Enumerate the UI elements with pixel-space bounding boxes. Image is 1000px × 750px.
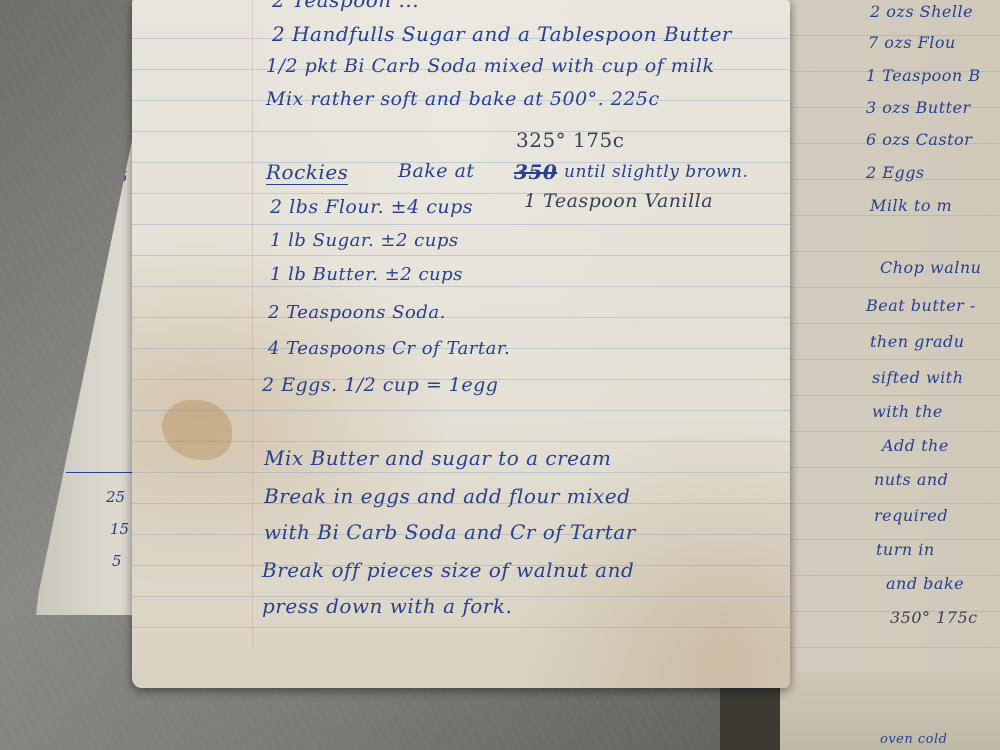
left-fragment: 15: [110, 520, 129, 538]
method-line: Mix Butter and sugar to a cream: [264, 446, 611, 470]
right-line: required: [874, 506, 948, 525]
margin-line: [252, 0, 253, 648]
right-line: nuts and: [874, 470, 948, 489]
temperature-correction: 325° 175c: [516, 128, 624, 152]
ingredient-line: 1 lb Sugar. ±2 cups: [270, 230, 459, 251]
vanilla-note: 1 Teaspoon Vanilla: [524, 190, 713, 212]
stack-fragment: oven cold: [880, 732, 947, 747]
bake-suffix: until slightly brown.: [564, 162, 748, 182]
right-line: then gradu: [870, 332, 965, 351]
right-line: Milk to m: [870, 196, 952, 215]
ingredient-line: 2 lbs Flour. ±4 cups: [270, 196, 473, 218]
right-line: and bake: [886, 574, 964, 593]
right-line: 6 ozs Castor: [866, 130, 972, 149]
right-line: 1 Teaspoon B: [866, 66, 981, 85]
right-line: Beat butter -: [866, 296, 976, 315]
ingredient-line: 2 Teaspoons Soda.: [268, 302, 446, 323]
recipe-page: 2 Teaspoon ... 2 Handfulls Sugar and a T…: [132, 0, 790, 688]
recipe-line: Mix rather soft and bake at 500°. 225c: [266, 88, 660, 110]
left-fragment: 5: [112, 552, 122, 570]
right-line: sifted with: [872, 368, 964, 387]
right-line: 2 Eggs: [866, 163, 925, 182]
recipe-title: Rockies: [266, 160, 348, 185]
right-line: 350° 175c: [890, 608, 978, 627]
recipe-line: 1/2 pkt Bi Carb Soda mixed with cup of m…: [266, 55, 714, 77]
right-line: 7 ozs Flou: [868, 33, 956, 52]
method-line: with Bi Carb Soda and Cr of Tartar: [264, 520, 636, 544]
right-line: Add the: [882, 436, 949, 455]
right-line: Chop walnu: [880, 258, 981, 277]
ingredient-line: 4 Teaspoons Cr of Tartar.: [268, 338, 510, 359]
recipe-line: 2 Handfulls Sugar and a Tablespoon Butte…: [272, 22, 732, 46]
right-line: 3 ozs Butter: [866, 98, 971, 117]
struck-temperature: 350: [514, 160, 557, 184]
bake-prefix: Bake at: [398, 160, 475, 182]
right-line: with the: [872, 402, 943, 421]
right-page: 2 ozs Shelle 7 ozs Flou 1 Teaspoon B 3 o…: [778, 0, 1000, 672]
ingredient-line: 1 lb Butter. ±2 cups: [270, 264, 463, 285]
right-line: turn in: [876, 540, 935, 559]
left-fragment: 25: [106, 488, 125, 506]
ingredient-line: 2 Eggs. 1/2 cup = 1egg: [262, 374, 498, 396]
method-line: press down with a fork.: [262, 594, 512, 618]
top-partial-line: 2 Teaspoon ...: [272, 0, 419, 12]
right-line: 2 ozs Shelle: [870, 2, 973, 21]
method-line: Break in eggs and add flour mixed: [264, 484, 630, 508]
method-line: Break off pieces size of walnut and: [262, 558, 634, 582]
